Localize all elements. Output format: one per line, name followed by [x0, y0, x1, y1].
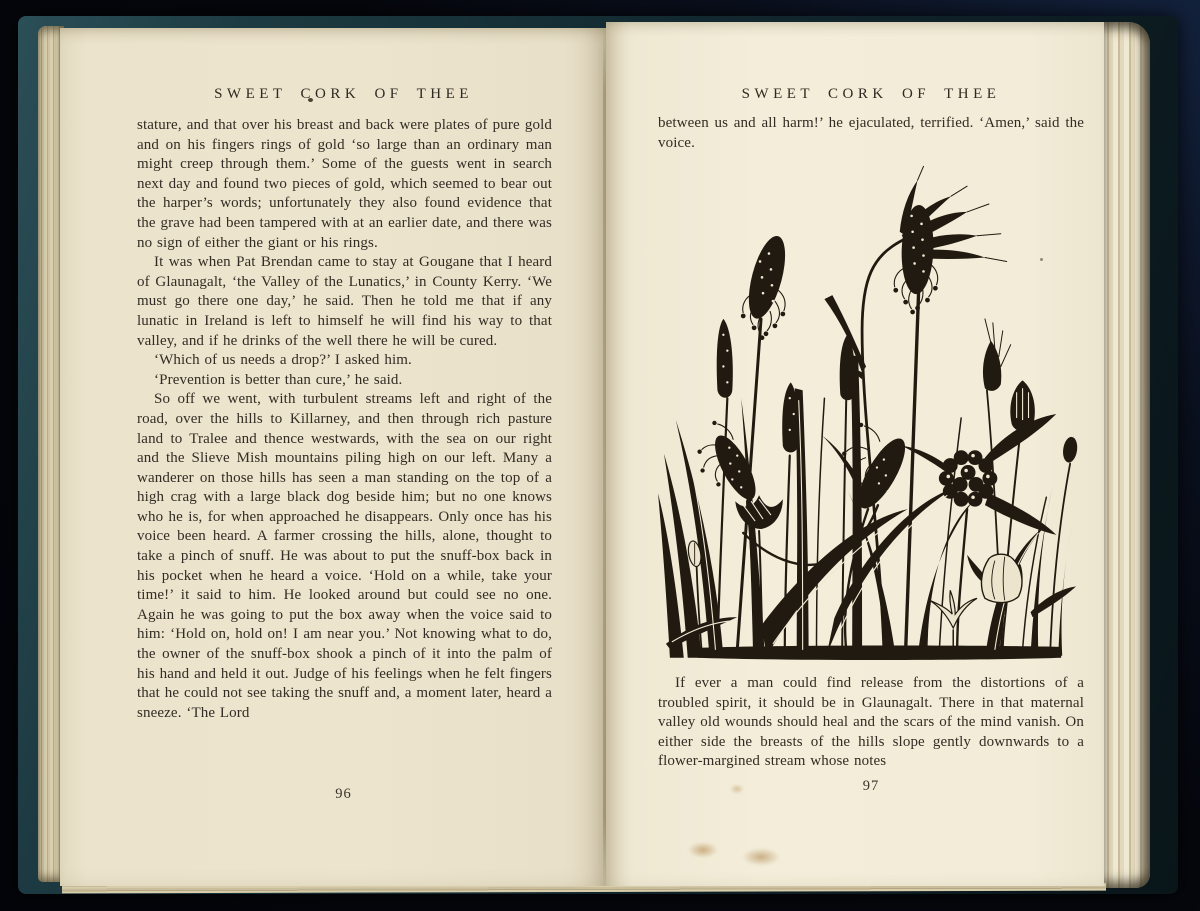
body-paragraph: If ever a man could find release from th… [658, 674, 1084, 772]
page-number-left: 96 [137, 786, 550, 803]
paper-speck [308, 98, 313, 102]
running-head-left: SWEET CORK OF THEE [137, 86, 550, 103]
page-number-right: 97 [658, 778, 1084, 795]
body-paragraph: It was when Pat Brendan came to stay at … [137, 253, 552, 351]
page-left: SWEET CORK OF THEE stature, and that ove… [60, 28, 606, 886]
plant-engraving-illustration [658, 158, 1084, 678]
foxing-stain [730, 784, 744, 794]
body-paragraph: ‘Prevention is better than cure,’ he sai… [137, 371, 552, 391]
open-book: SWEET CORK OF THEE stature, and that ove… [12, 14, 1190, 898]
paper-speck [1040, 258, 1043, 261]
body-paragraph: between us and all harm!’ he ejaculated,… [658, 114, 1084, 153]
body-paragraph: ‘Which of us needs a drop?’ I asked him. [137, 351, 552, 371]
foxing-stain [742, 848, 780, 866]
page-stack-right-edge [1102, 22, 1150, 888]
body-paragraph: So off we went, with turbulent streams l… [137, 390, 552, 723]
body-paragraph: stature, and that over his breast and ba… [137, 116, 552, 253]
running-head-right: SWEET CORK OF THEE [658, 86, 1084, 103]
foxing-stain [688, 842, 718, 858]
page-right: SWEET CORK OF THEE between us and all ha… [606, 22, 1104, 886]
left-text-block: stature, and that over his breast and ba… [137, 116, 552, 723]
book-photograph: SWEET CORK OF THEE stature, and that ove… [0, 0, 1200, 911]
